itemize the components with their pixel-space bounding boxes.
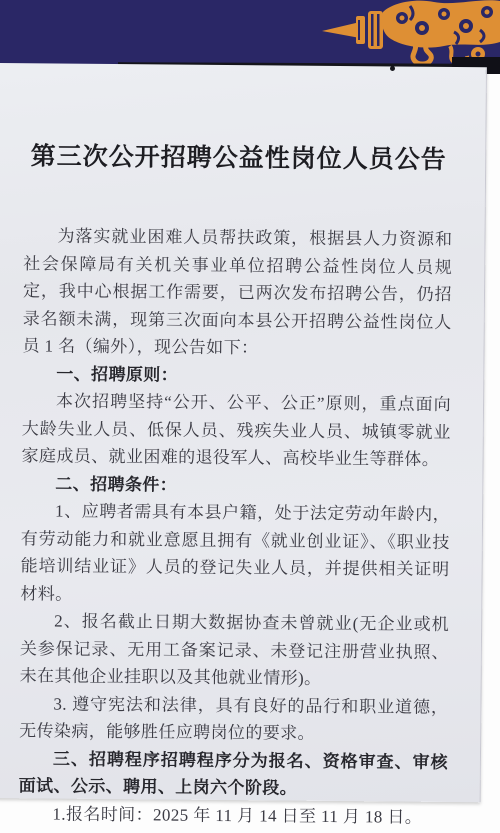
intro-paragraph: 为落实就业困难人员帮扶政策，根据县人力资源和社会保障局有关机关事业单位招聘公益性… <box>22 223 452 364</box>
document-body: 为落实就业困难人员帮扶政策，根据县人力资源和社会保障局有关机关事业单位招聘公益性… <box>18 223 452 832</box>
condition-item-2: 2、报名截止日期大数据协查未曾就业(无企业或机关参保记录、无用工备案记录、未登记… <box>20 607 450 693</box>
document-title: 第三次公开招聘公益性岗位人员公告 <box>24 141 453 176</box>
section-heading-conditions: 二、招聘条件： <box>21 470 450 501</box>
ink-dot <box>390 66 395 71</box>
registration-time-line: 1.报名时间：2025 年 11 月 14 日至 11 月 18 日。 <box>18 800 447 831</box>
condition-item-3: 3. 遵守宪法和法律，具有良好的品行和职业道德，无传染病，能够胜任应聘岗位的要求… <box>19 690 448 749</box>
principles-paragraph: 本次招聘坚持“公开、公平、公正”原则，重点面向大龄失业人员、低保人员、残疾失业人… <box>21 388 451 474</box>
navy-banner <box>0 0 500 66</box>
condition-item-1: 1、应聘者需具有本县户籍，处于法定劳动年龄内，有劳动能力和就业意愿且拥有《就业创… <box>20 498 450 612</box>
announcement-photo: 第三次公开招聘公益性岗位人员公告 为落实就业困难人员帮扶政策，根据县人力资源和社… <box>0 0 500 833</box>
section-heading-procedure: 三、招聘程序招聘程序分为报名、资格审查、审核面试、公示、聘用、上岗六个阶段。 <box>19 745 448 804</box>
announcement-paper: 第三次公开招聘公益性岗位人员公告 为落实就业困难人员帮扶政策，根据县人力资源和社… <box>0 63 487 802</box>
section-heading-principles: 一、招聘原则： <box>22 360 451 391</box>
